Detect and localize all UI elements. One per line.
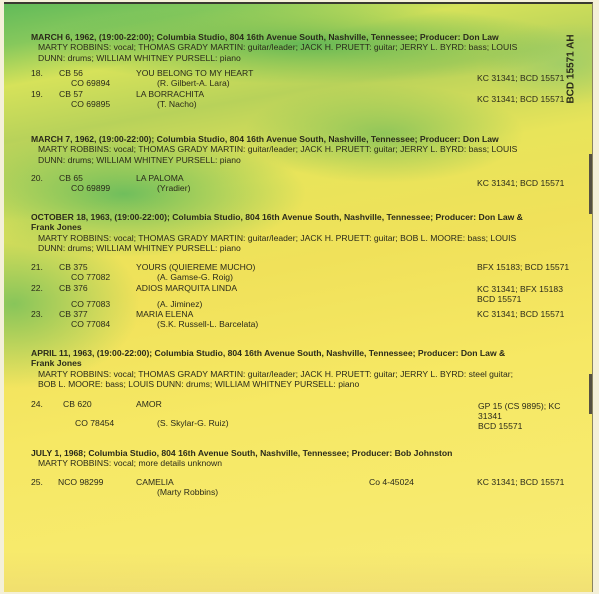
session-personnel: MARTY ROBBINS: vocal; THOMAS GRADY MARTI… <box>31 369 556 379</box>
matrix-number: CO 69894 <box>71 78 110 88</box>
track-row: 20. CB 65 CO 69899 LA PALOMA (Yradier) K… <box>31 173 571 194</box>
track-issue: KC 31341; BCD 15571 <box>477 73 577 83</box>
matrix-number: CO 69899 <box>71 183 110 193</box>
track-title: AMOR <box>136 399 162 409</box>
session-personnel: MARTY ROBBINS: vocal; THOMAS GRADY MARTI… <box>31 42 556 52</box>
track-number: 24. <box>31 399 43 409</box>
track-composer: (S.K. Russell-L. Barcelata) <box>157 319 258 329</box>
track-row: 25. NCO 98299 CAMELIA (Marty Robbins) Co… <box>31 477 571 498</box>
matrix-number: CO 69895 <box>71 99 110 109</box>
track-composer: (R. Gilbert-A. Lara) <box>157 78 230 88</box>
track-issue: KC 31341; BCD 15571 <box>477 94 577 104</box>
matrix-number: CB 57 <box>59 89 83 99</box>
session-personnel: DUNN: drums; WILLIAM WHITNEY PURSELL: pi… <box>31 243 556 253</box>
session-header: MARCH 7, 1962, (19:00-22:00); Columbia S… <box>31 134 556 144</box>
track-number: 19. <box>31 89 43 99</box>
track-composer: (A. Jiminez) <box>157 299 202 309</box>
single-issue: Co 4-45024 <box>369 477 414 487</box>
track-composer: (T. Nacho) <box>157 99 197 109</box>
track-title: YOURS (QUIEREME MUCHO) <box>136 262 255 272</box>
track-composer: (Yradier) <box>157 183 190 193</box>
session-march-6-1962: MARCH 6, 1962, (19:00-22:00); Columbia S… <box>31 32 556 110</box>
track-number: 20. <box>31 173 43 183</box>
track-issue: KC 31341; BCD 15571 <box>477 477 577 487</box>
track-issue: BCD 15571 <box>477 294 577 304</box>
session-personnel: MARTY ROBBINS: vocal; THOMAS GRADY MARTI… <box>31 233 556 243</box>
matrix-number: CB 65 <box>59 173 83 183</box>
session-header: APRIL 11, 1963, (19:00-22:00); Columbia … <box>31 348 556 358</box>
matrix-number: CO 77084 <box>71 319 110 329</box>
session-april-11-1963: APRIL 11, 1963, (19:00-22:00); Columbia … <box>31 348 556 431</box>
track-composer: (Marty Robbins) <box>157 487 218 497</box>
session-header: JULY 1, 1968; Columbia Studio, 804 16th … <box>31 448 556 458</box>
track-title: MARIA ELENA <box>136 309 193 319</box>
track-number: 25. <box>31 477 43 487</box>
session-october-18-1963: OCTOBER 18, 1963, (19:00-22:00); Columbi… <box>31 212 556 330</box>
matrix-number: CB 620 <box>63 399 92 409</box>
track-issue: KC 31341; BFX 15183 <box>477 284 577 294</box>
track-row: 22. CB 376 CO 77083 ADIOS MARQUITA LINDA… <box>31 283 571 309</box>
track-title: CAMELIA <box>136 477 174 487</box>
session-personnel: DUNN: drums; WILLIAM WHITNEY PURSELL: pi… <box>31 53 556 63</box>
track-issue: 31341 <box>478 411 578 421</box>
session-july-1-1968: JULY 1, 1968; Columbia Studio, 804 16th … <box>31 448 556 498</box>
track-title: ADIOS MARQUITA LINDA <box>136 283 237 293</box>
matrix-number: CB 375 <box>59 262 88 272</box>
track-number: 22. <box>31 283 43 293</box>
session-personnel: DUNN: drums; WILLIAM WHITNEY PURSELL: pi… <box>31 155 556 165</box>
track-composer: (A. Gamse-G. Roig) <box>157 272 233 282</box>
matrix-number: CO 77083 <box>71 299 110 309</box>
session-header: OCTOBER 18, 1963, (19:00-22:00); Columbi… <box>31 212 556 222</box>
session-personnel: MARTY ROBBINS: vocal; more details unkno… <box>31 458 556 468</box>
track-title: LA PALOMA <box>136 173 184 183</box>
track-title: LA BORRACHITA <box>136 89 204 99</box>
matrix-number: CO 78454 <box>75 418 114 428</box>
matrix-number: CO 77082 <box>71 272 110 282</box>
track-issue: KC 31341; BCD 15571 <box>477 178 577 188</box>
session-personnel: BOB L. MOORE: bass; LOUIS DUNN: drums; W… <box>31 379 556 389</box>
track-number: 21. <box>31 262 43 272</box>
matrix-number: NCO 98299 <box>58 477 103 487</box>
matrix-number: CB 376 <box>59 283 88 293</box>
session-personnel: MARTY ROBBINS: vocal; THOMAS GRADY MARTI… <box>31 144 556 154</box>
session-march-7-1962: MARCH 7, 1962, (19:00-22:00); Columbia S… <box>31 134 556 194</box>
session-header: MARCH 6, 1962, (19:00-22:00); Columbia S… <box>31 32 556 42</box>
matrix-number: CB 377 <box>59 309 88 319</box>
track-composer: (S. Skylar-G. Ruiz) <box>157 418 229 428</box>
edge-mark <box>589 374 592 414</box>
track-row: 23. CB 377 CO 77084 MARIA ELENA (S.K. Ru… <box>31 309 571 330</box>
session-header: Frank Jones <box>31 222 556 232</box>
booklet-page: BCD 15571 AH MARCH 6, 1962, (19:00-22:00… <box>4 2 593 592</box>
matrix-number: CB 56 <box>59 68 83 78</box>
track-row: 21. CB 375 CO 77082 YOURS (QUIEREME MUCH… <box>31 262 571 283</box>
track-issue: BCD 15571 <box>478 421 578 431</box>
track-row: 24. CB 620 CO 78454 AMOR (S. Skylar-G. R… <box>31 399 571 431</box>
track-issue: BFX 15183; BCD 15571 <box>477 262 577 272</box>
track-issue: GP 15 (CS 9895); KC <box>478 401 578 411</box>
track-title: YOU BELONG TO MY HEART <box>136 68 253 78</box>
track-row: 19. CB 57 CO 69895 LA BORRACHITA (T. Nac… <box>31 89 571 110</box>
track-number: 18. <box>31 68 43 78</box>
track-row: 18. CB 56 CO 69894 YOU BELONG TO MY HEAR… <box>31 68 571 89</box>
track-number: 23. <box>31 309 43 319</box>
track-issue: KC 31341; BCD 15571 <box>477 309 577 319</box>
edge-mark <box>589 154 592 214</box>
session-header: Frank Jones <box>31 358 556 368</box>
